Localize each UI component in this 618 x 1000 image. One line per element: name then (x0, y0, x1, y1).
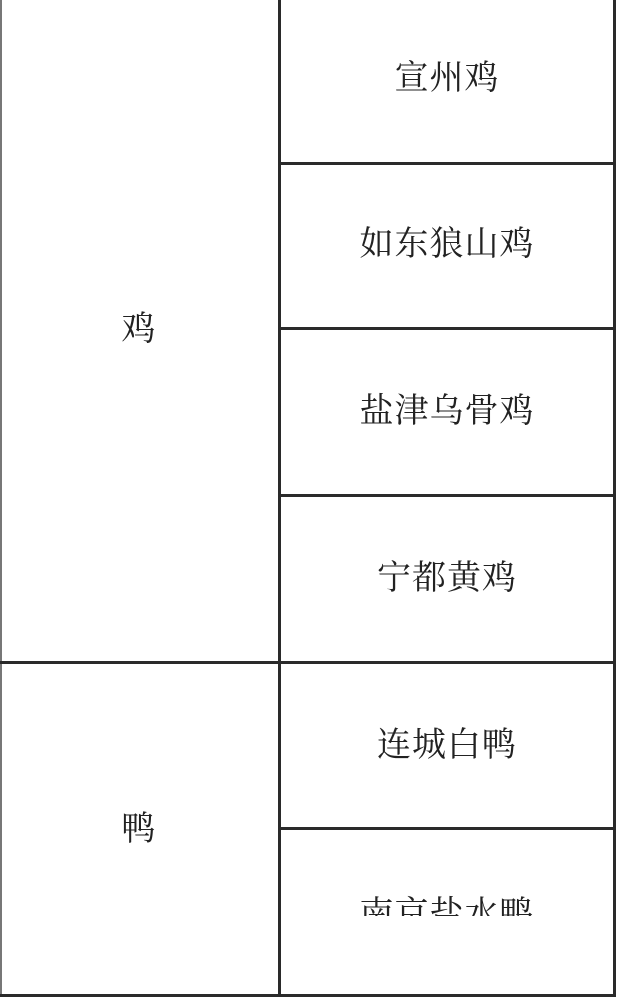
table-border-right (613, 0, 616, 997)
category-cell-duck: 鸭 (122, 809, 157, 849)
item-cell: 宣州鸡 (395, 58, 500, 98)
item-cell: 宁都黄鸡 (377, 558, 517, 598)
group-divider (0, 661, 616, 664)
table-border-left (0, 0, 2, 997)
item-cell: 盐津乌骨鸡 (360, 391, 535, 431)
row-divider (278, 494, 616, 497)
category-cell-chicken: 鸡 (122, 309, 157, 349)
item-cell: 连城白鸭 (377, 725, 517, 765)
table-border-bottom (0, 994, 616, 997)
row-divider (278, 162, 616, 165)
row-divider (278, 327, 616, 330)
item-cell: 如东狼山鸡 (360, 224, 535, 264)
column-divider (278, 0, 281, 997)
poultry-breed-table: 鸡 鸭 宣州鸡 如东狼山鸡 盐津乌骨鸡 宁都黄鸡 连城白鸭 南京盐水鸭 (0, 0, 615, 997)
row-divider (278, 827, 616, 830)
text-clip-mask (362, 916, 562, 946)
